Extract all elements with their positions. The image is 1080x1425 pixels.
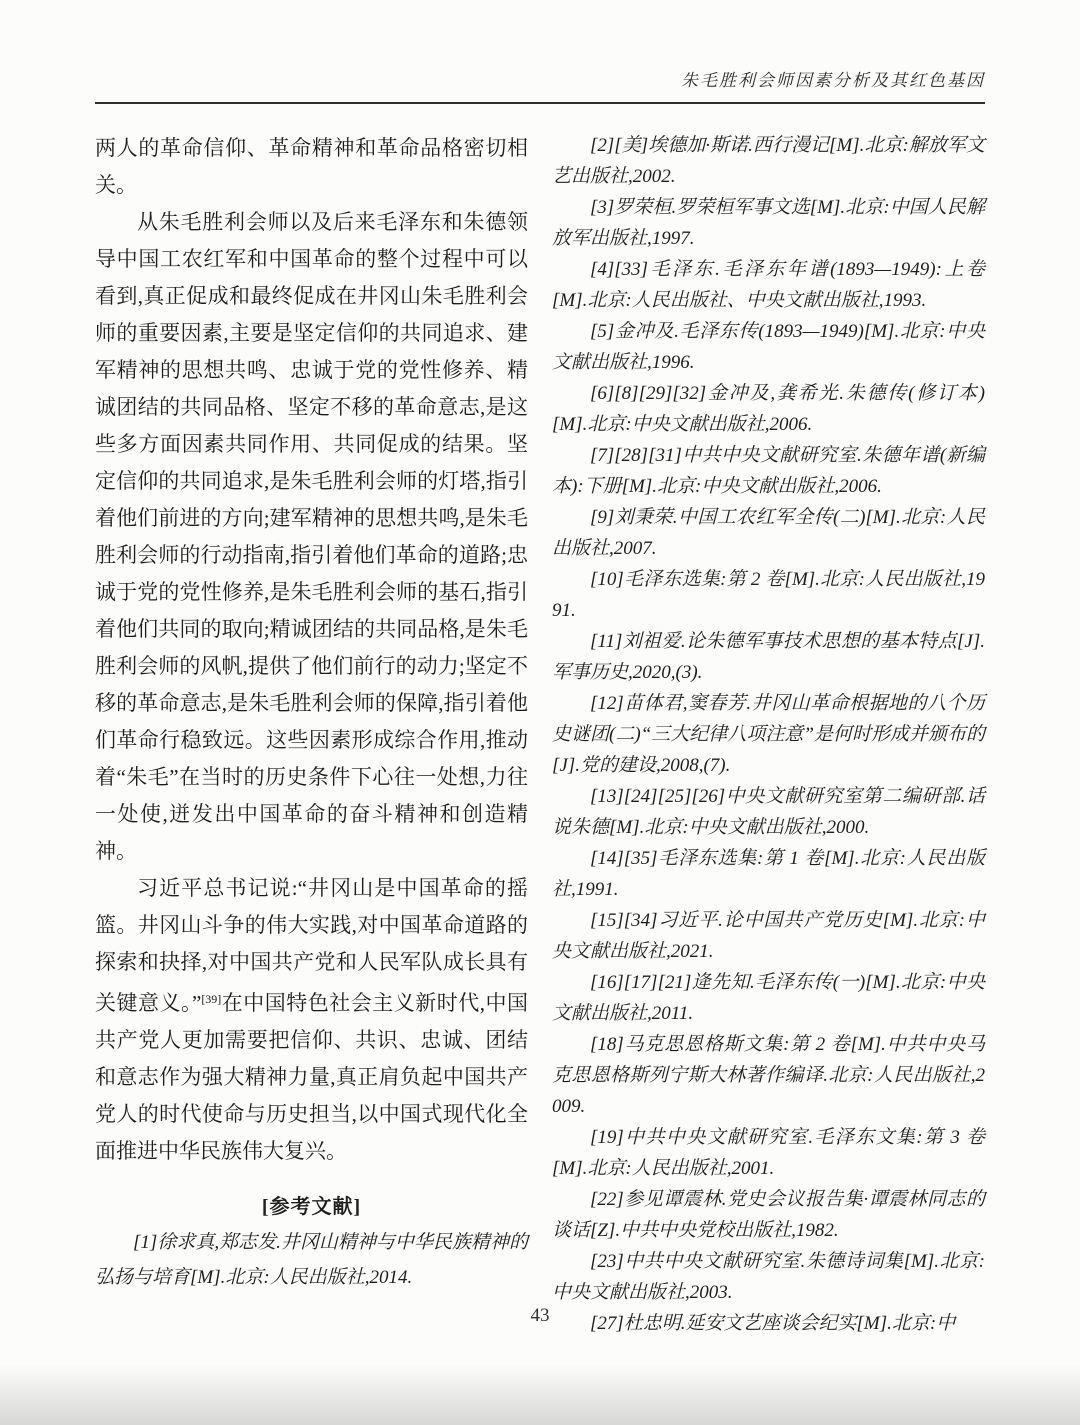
reference-item-9: [9]刘秉荣.中国工农红军全传(二)[M].北京:人民出版社,2007. bbox=[552, 502, 985, 564]
references-heading: [参考文献] bbox=[95, 1190, 528, 1219]
body-paragraph-quote: 习近平总书记说:“井冈山是中国革命的摇篮。井冈山斗争的伟大实践,对中国革命道路的… bbox=[95, 870, 528, 1170]
reference-item-6: [6][8][29][32]金冲及,龚希光.朱德传(修订本)[M].北京:中央文… bbox=[552, 378, 985, 440]
reference-item-15: [15][34]习近平.论中国共产党历史[M].北京:中央文献出版社,2021. bbox=[552, 905, 985, 967]
reference-item-18: [18]马克思恩格斯文集:第 2 卷[M].中共中央马克思恩格斯列宁斯大林著作编… bbox=[552, 1029, 985, 1122]
body-paragraph-continuation: 两人的革命信仰、革命精神和革命品格密切相关。 bbox=[95, 130, 528, 204]
left-column: 两人的革命信仰、革命精神和革命品格密切相关。 从朱毛胜利会师以及后来毛泽东和朱德… bbox=[95, 130, 528, 1339]
two-column-layout: 两人的革命信仰、革命精神和革命品格密切相关。 从朱毛胜利会师以及后来毛泽东和朱德… bbox=[95, 130, 985, 1339]
reference-item-3: [3]罗荣桓.罗荣桓军事文选[M].北京:中国人民解放军出版社,1997. bbox=[552, 192, 985, 254]
reference-item-1: [1]徐求真,郑志发.井冈山精神与中华民族精神的弘扬与培育[M].北京:人民出版… bbox=[95, 1225, 528, 1295]
reference-item-12: [12]苗体君,窦春芳.井冈山革命根据地的八个历史谜团(二)“三大纪律八项注意”… bbox=[552, 688, 985, 781]
reference-item-19: [19]中共中央文献研究室.毛泽东文集:第 3 卷[M].北京:人民出版社,20… bbox=[552, 1122, 985, 1184]
running-head-title: 朱毛胜利会师因素分析及其红色基因 bbox=[95, 66, 985, 91]
body-paragraph-factors: 从朱毛胜利会师以及后来毛泽东和朱德领导中国工农红军和中国革命的整个过程中可以看到… bbox=[95, 204, 528, 870]
reference-item-13: [13][24][25][26]中央文献研究室第二编研部.话说朱德[M].北京:… bbox=[552, 781, 985, 843]
citation-superscript-39: [39] bbox=[201, 992, 221, 1006]
header-rule bbox=[95, 102, 985, 104]
quote-continuation-text: 在中国特色社会主义新时代,中国共产党人更加需要把信仰、共识、忠诚、团结和意志作为… bbox=[95, 991, 528, 1163]
reference-item-5: [5]金冲及.毛泽东传(1893—1949)[M].北京:中央文献出版社,199… bbox=[552, 316, 985, 378]
reference-item-22: [22]参见谭震林.党史会议报告集·谭震林同志的谈话[Z].中共中央党校出版社,… bbox=[552, 1184, 985, 1246]
reference-item-10: [10]毛泽东选集:第 2 卷[M].北京:人民出版社,1991. bbox=[552, 564, 985, 626]
reference-item-4: [4][33]毛泽东.毛泽东年谱(1893—1949):上卷[M].北京:人民出… bbox=[552, 254, 985, 316]
page-number: 43 bbox=[0, 1305, 1080, 1327]
reference-item-16: [16][17][21]逄先知.毛泽东传(一)[M].北京:中央文献出版社,20… bbox=[552, 967, 985, 1029]
journal-page: 朱毛胜利会师因素分析及其红色基因 两人的革命信仰、革命精神和革命品格密切相关。 … bbox=[0, 0, 1080, 1425]
scan-edge-shadow bbox=[0, 1365, 1080, 1425]
reference-item-11: [11]刘祖爱.论朱德军事技术思想的基本特点[J].军事历史,2020,(3). bbox=[552, 626, 985, 688]
reference-item-23: [23]中共中央文献研究室.朱德诗词集[M].北京:中央文献出版社,2003. bbox=[552, 1246, 985, 1308]
right-column-references: [2][美]埃德加·斯诺.西行漫记[M].北京:解放军文艺出版社,2002. [… bbox=[552, 130, 985, 1339]
reference-item-2: [2][美]埃德加·斯诺.西行漫记[M].北京:解放军文艺出版社,2002. bbox=[552, 130, 985, 192]
reference-item-14: [14][35]毛泽东选集:第 1 卷[M].北京:人民出版社,1991. bbox=[552, 843, 985, 905]
reference-item-7: [7][28][31]中共中央文献研究室.朱德年谱(新编本):下册[M].北京:… bbox=[552, 440, 985, 502]
